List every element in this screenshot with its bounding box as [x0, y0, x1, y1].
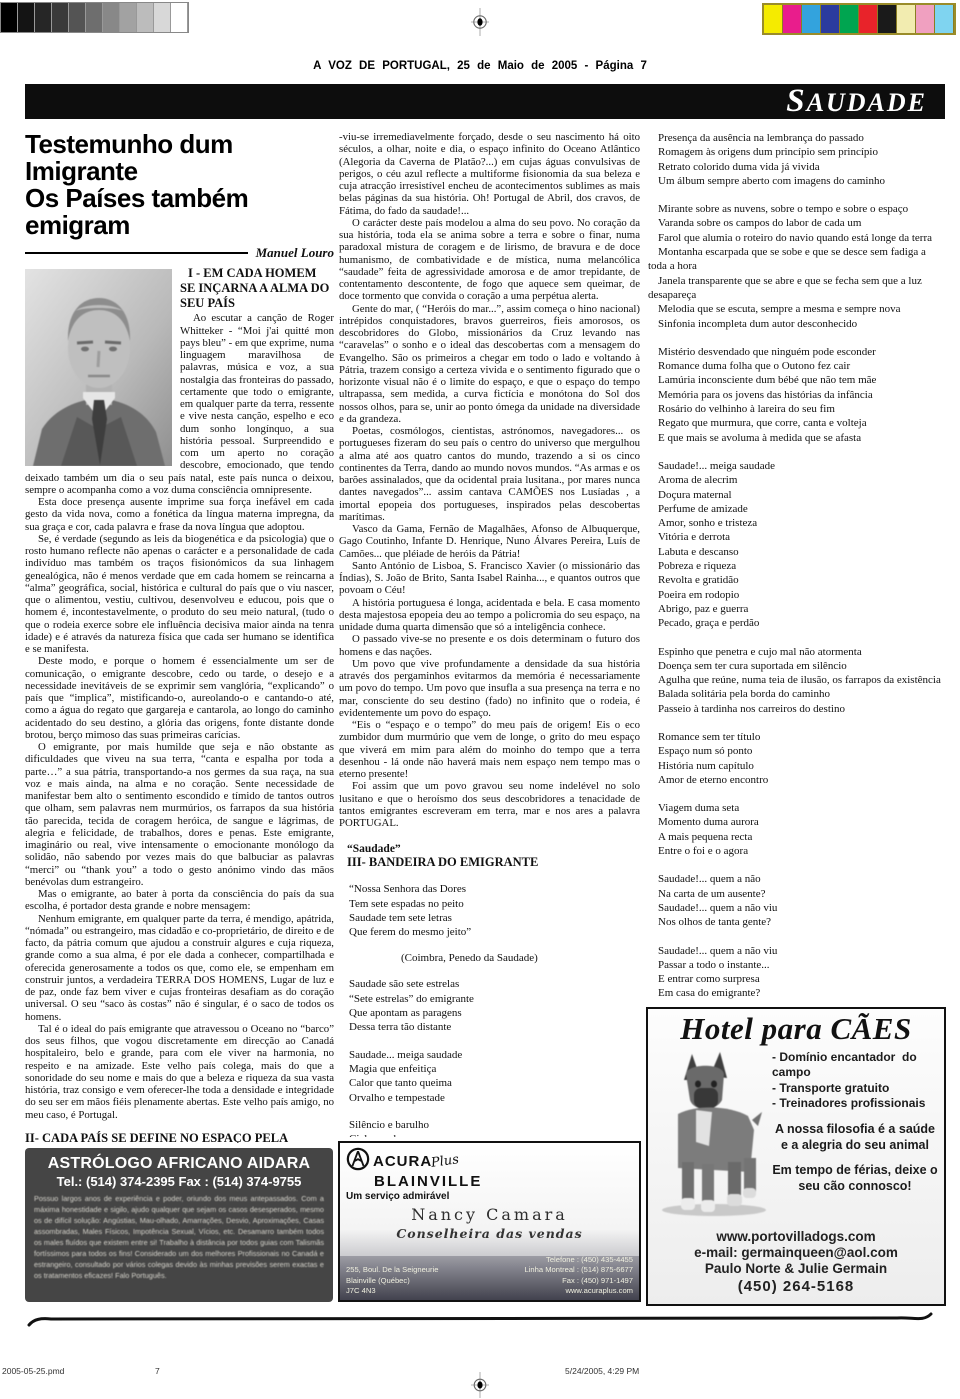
poem-quatrain: Saudade são sete estrelas“Sete estrelas”… — [339, 977, 640, 1034]
dog-hotel-ad-title: Hotel para CÃES — [654, 1013, 938, 1046]
astrologer-ad-phone: Tel.: (514) 374-2395 Fax : (514) 374-975… — [34, 1174, 324, 1189]
dog-hotel-website: www.portovilladogs.com — [654, 1229, 938, 1245]
article-paragraph: Deste modo, e porque o homem é essencial… — [25, 655, 334, 741]
dog-hotel-contact-block: www.portovilladogs.com e-mail: germainqu… — [654, 1229, 938, 1297]
calibration-square — [916, 5, 935, 33]
calibration-square — [171, 3, 188, 32]
calibration-square — [764, 5, 783, 33]
address-line: 255, Boul. De la Seigneurie — [346, 1265, 438, 1275]
calibration-square — [86, 3, 103, 32]
footer-page-number: 7 — [155, 1366, 160, 1376]
saudade-label: “Saudade” — [339, 843, 640, 855]
calibration-square — [18, 3, 35, 32]
article-paragraph: Mas o emigrante, ao bater à porta da con… — [25, 888, 334, 913]
poem-line: Presença da ausência na lembrança do pas… — [648, 131, 946, 145]
poem-line: Saudade!... meiga saudade — [648, 459, 946, 473]
poem-line: Em casa do emigrante? — [648, 986, 946, 1000]
calibration-square — [878, 5, 897, 33]
page-header: A VOZ DE PORTUGAL, 25 de Maio de 2005 - … — [0, 60, 960, 72]
acura-logo-icon — [346, 1147, 370, 1176]
registration-mark-icon — [471, 8, 489, 41]
poem-line: Espinho que penetra e cujo mal não atorm… — [648, 645, 946, 659]
salesperson-role: Conselheira das vendas — [340, 1226, 639, 1241]
poem-line: Doçura maternal — [648, 488, 946, 502]
poem-line: Romance duma folha que o Outono fez cair — [648, 359, 946, 373]
article-title-line2: Os Países também emigram — [25, 185, 334, 239]
poem-line: Retrato colorido duma vida já vivida — [648, 160, 946, 174]
poem-attribution: (Coimbra, Penedo da Saudade) — [339, 952, 640, 964]
poem-line: Espaço num só ponto — [648, 744, 946, 758]
poem-line: Orvalho e tempestade — [339, 1091, 640, 1105]
poem-line: Entre o foi e o agora — [648, 844, 946, 858]
poem-line: Memória para os jovens das histórias da … — [648, 388, 946, 402]
dog-hotel-email: e-mail: germainqueen@aol.com — [654, 1245, 938, 1261]
address-line: Blainville (Québec) — [346, 1276, 438, 1286]
poem-line: Momento duma aurora — [648, 815, 946, 829]
poem-line: Dessa terra tão distante — [339, 1020, 640, 1034]
poem-stanza: Saudade!... quem a nãoNa carta de um aus… — [648, 872, 946, 929]
poem-line: Saudade são sete estrelas — [339, 977, 640, 991]
poem-line: Saudade tem sete letras — [339, 911, 640, 925]
poem-quatrain: Saudade... meiga saudadeMagia que enfeit… — [339, 1048, 640, 1105]
salesperson-name: Nancy Camara — [340, 1205, 639, 1224]
calibration-square — [840, 5, 859, 33]
acura-phone-numbers: Telefone : (450) 435-4455Linha Montreal … — [525, 1255, 634, 1296]
poem-line: Um álbum sempre aberto com imagens do ca… — [648, 174, 946, 188]
contact-line: Fax : (450) 971-1497 — [525, 1276, 634, 1286]
poem-line: Labuta e descanso — [648, 545, 946, 559]
poem-line: Romance sem ter título — [648, 730, 946, 744]
dog-hotel-phone: (450) 264-5168 — [654, 1278, 938, 1296]
calibration-square — [859, 5, 878, 33]
poem-line: Balada solitária pela borda do caminho — [648, 687, 946, 701]
poem-line: Mistério desvendado que ninguém pode esc… — [648, 345, 946, 359]
poem-line: Passeio à tardinha nos carreiros do dest… — [648, 702, 946, 716]
poem-line: Montanha escarpada que se sobe e que se … — [648, 245, 946, 274]
poem-line: Abrigo, paz e guerra — [648, 602, 946, 616]
dog-hotel-philosophy: A nossa filosofia é a saúde e a alegria … — [772, 1122, 938, 1153]
poem-line: Agulha que reúne, numa teia de ilusão, o… — [648, 673, 946, 687]
poem-line: Mirante sobre as nuvens, sobre o tempo e… — [648, 202, 946, 216]
poem-stanza: Romance sem ter títuloEspaço num só pont… — [648, 730, 946, 787]
poem-line: Revolta e gratidão — [648, 573, 946, 587]
poem-stanza: Mirante sobre as nuvens, sobre o tempo e… — [648, 202, 946, 331]
poem-line: E que mais se avoluma à medida que se af… — [648, 431, 946, 445]
poem-line: Doença sem ter cura suportada em silênci… — [648, 659, 946, 673]
poem-line: Na carta de um ausente? — [648, 887, 946, 901]
contact-line: Telefone : (450) 435-4455 — [525, 1255, 634, 1265]
article-paragraph: Nenhum emigrante, em qualquer parte da t… — [25, 913, 334, 1023]
poem-line: Varanda sobre os campos do labor de cada… — [648, 216, 946, 230]
article-title-line1: Testemunho dum Imigrante — [25, 131, 334, 185]
poem-line: Nos olhos de tanta gente? — [648, 915, 946, 929]
calibration-square — [103, 3, 120, 32]
acura-contact-bar: 255, Boul. De la SeigneurieBlainville (Q… — [340, 1256, 639, 1300]
boxer-dog-photo — [654, 1050, 772, 1223]
poem-line: Que ferem do mesmo jeito” — [339, 925, 640, 939]
article-paragraph: Um povo que vive profundamente a densida… — [339, 658, 640, 719]
poem-line: Silêncio e barulho — [339, 1118, 640, 1132]
poem-line: Amor, sonho e tristeza — [648, 516, 946, 530]
section3-heading: III- BANDEIRA DO EMIGRANTE — [339, 855, 640, 870]
calibration-square — [897, 5, 916, 33]
article-paragraph: Foi assim que um povo gravou seu nome in… — [339, 780, 640, 829]
dog-hotel-owners: Paulo Norte & Julie Germain — [654, 1261, 938, 1277]
poem-line: “Sete estrelas” do emigrante — [339, 992, 640, 1006]
poem-line: Pobreza e riqueza — [648, 559, 946, 573]
astrologer-ad-title: ASTRÓLOGO AFRICANO AIDARA — [34, 1155, 324, 1173]
acura-plus-script: Plus — [430, 1152, 460, 1171]
dog-hotel-ad-text: - Domínio encantador do campo- Transport… — [772, 1050, 938, 1223]
article-paragraph: Gente do mar, ( “Heróis do mar...”, assi… — [339, 303, 640, 426]
poem-line: Poeira em rodopio — [648, 588, 946, 602]
left-column: Testemunho dum Imigrante Os Países també… — [25, 131, 334, 1143]
calibration-square — [783, 5, 802, 33]
poem-line: Ciclone e bonança — [339, 1132, 640, 1137]
bullet-item: - Domínio encantador do campo — [772, 1050, 938, 1081]
poem-stanza: Presença da ausência na lembrança do pas… — [648, 131, 946, 188]
calibration-square — [1, 3, 18, 32]
poem-line: Passar a todo o instante... — [648, 958, 946, 972]
contact-line: Linha Montreal : (514) 875-6677 — [525, 1265, 634, 1275]
poem-line: Perfume de amizade — [648, 502, 946, 516]
poem-line: Sinfonia incompleta dum autor desconheci… — [648, 317, 946, 331]
poem-line: Saudade... meiga saudade — [339, 1048, 640, 1062]
poem-quatrain: Silêncio e barulhoCiclone e bonançaCegue… — [339, 1118, 640, 1137]
poem-line: E entrar como surpresa — [648, 972, 946, 986]
byline-row: Manuel Louro — [25, 245, 334, 261]
article-paragraph: O passado vive-se no presente e os dois … — [339, 633, 640, 658]
article-paragraph: O emigrante, por mais humilde que seja e… — [25, 741, 334, 888]
decorative-rule — [25, 1312, 935, 1335]
calibration-square — [120, 3, 137, 32]
middle-paragraphs: -viu-se irremediavelmente forçado, desde… — [339, 131, 640, 829]
acura-address: 255, Boul. De la SeigneurieBlainville (Q… — [346, 1265, 438, 1296]
poem-line: Rosário do velhinho à lareira do seu fim — [648, 402, 946, 416]
poem-line: Farol que alumia o roteiro do navio quan… — [648, 231, 946, 245]
poem-line: Regato que murmura, que corre, canta e v… — [648, 416, 946, 430]
article-paragraph: O carácter deste país modelou a alma do … — [339, 217, 640, 303]
poem-stanza: Viagem duma setaMomento duma auroraA mai… — [648, 801, 946, 858]
astrologer-ad: ASTRÓLOGO AFRICANO AIDARA Tel.: (514) 37… — [25, 1148, 333, 1302]
article-paragraph: Poetas, cosmólogos, cientistas, astrónom… — [339, 425, 640, 523]
footer-timestamp: 5/24/2005, 4:29 PM — [565, 1366, 639, 1376]
article-paragraph: Santo António de Lisboa, S. Francisco Xa… — [339, 560, 640, 597]
poem-line: Saudade!... quem a não viu — [648, 901, 946, 915]
poem-stanza: Espinho que penetra e cujo mal não atorm… — [648, 645, 946, 716]
article-paragraph: Vasco da Gama, Fernão de Magalhães, Afon… — [339, 523, 640, 560]
article-paragraph: Esta doce presença ausente imprime sua f… — [25, 496, 334, 533]
poem-line: A mais pequena recta — [648, 830, 946, 844]
calibration-square — [821, 5, 840, 33]
calibration-square — [35, 3, 52, 32]
color-calibration-strip — [762, 3, 956, 35]
poem-line: Calor que tanto queima — [339, 1076, 640, 1090]
dog-hotel-bullets: - Domínio encantador do campo- Transport… — [772, 1050, 938, 1112]
footer-filename: 2005-05-25.pmd — [2, 1366, 64, 1376]
poem-stanza: Saudade!... meiga saudadeAroma de alecri… — [648, 459, 946, 631]
right-poem-column: Presença da ausência na lembrança do pas… — [648, 131, 946, 1003]
acura-salesperson-block: Nancy Camara Conselheira das vendas — [340, 1205, 639, 1241]
poem-line: Melodia que se escuta, sempre a mesma e … — [648, 302, 946, 316]
acura-dealer-name: BLAINVILLE — [374, 1174, 482, 1189]
article-paragraph: A história portuguesa é longa, acidentad… — [339, 597, 640, 634]
byline-author: Manuel Louro — [256, 245, 334, 261]
author-portrait-photo — [25, 269, 172, 466]
poem-line: Viagem duma seta — [648, 801, 946, 815]
poem-line: Romagem às origens dum princípio sem pri… — [648, 145, 946, 159]
calibration-square — [802, 5, 821, 33]
dog-hotel-ad: Hotel para CÃES — [646, 1007, 946, 1306]
calibration-square — [69, 3, 86, 32]
acura-brand-text: ACURA — [373, 1154, 432, 1169]
poem-line: Amor de eterno encontro — [648, 773, 946, 787]
poem-line: Janela transparente que se abre e que se… — [648, 274, 946, 303]
poem-line: História num capítulo — [648, 759, 946, 773]
poem-line: Lamúria inconsciente dum bébé que não te… — [648, 373, 946, 387]
poem-line: Aroma de alecrim — [648, 473, 946, 487]
dog-hotel-vacation-note: Em tempo de férias, deixe o seu cão conn… — [772, 1163, 938, 1194]
section-banner-title: Saudade — [25, 84, 945, 120]
address-line: J7C 4N3 — [346, 1286, 438, 1296]
article-paragraph: -viu-se irremediavelmente forçado, desde… — [339, 131, 640, 217]
article-paragraph: “Eis o “espaço e o tempo” do meu país de… — [339, 719, 640, 780]
section-banner: Saudade — [25, 84, 945, 119]
acura-dealership-ad: ACURA Plus BLAINVILLE Um serviço admiráv… — [338, 1141, 641, 1302]
poem-stanza: Mistério desvendado que ninguém pode esc… — [648, 345, 946, 445]
calibration-square — [52, 3, 69, 32]
grayscale-calibration-strip — [0, 2, 189, 33]
registration-mark-icon — [471, 1372, 489, 1399]
section2-heading: II- CADA PAÍS SE DEFINE NO ESPAÇO PELA H… — [25, 1131, 334, 1143]
poem-stanza: Saudade!... quem a não viuPassar a todo … — [648, 944, 946, 1001]
poem-quatrain: “Nossa Senhora das DoresTem sete espadas… — [339, 882, 640, 939]
poem-line: “Nossa Senhora das Dores — [339, 882, 640, 896]
article-body: I - EM CADA HOMEM SE INÇARNA A ALMA DO S… — [25, 266, 334, 1143]
poem-line: Pecado, graça e perdão — [648, 616, 946, 630]
calibration-square — [154, 3, 171, 32]
poem-line: Vitória e derrota — [648, 530, 946, 544]
poem-line: Tem sete espadas no peito — [339, 897, 640, 911]
bullet-item: - Treinadores profissionais — [772, 1096, 938, 1112]
calibration-square — [935, 5, 954, 33]
middle-column: -viu-se irremediavelmente forçado, desde… — [339, 131, 640, 1137]
poem-line: Saudade!... quem a não viu — [648, 944, 946, 958]
poem-line: Magia que enfeitiça — [339, 1062, 640, 1076]
bullet-item: - Transporte gratuito — [772, 1081, 938, 1097]
acura-tagline: Um serviço admirável — [346, 1191, 482, 1202]
astrologer-ad-body: Possuo largos anos de experiência e pode… — [34, 1194, 324, 1282]
contact-line: www.acuraplus.com — [525, 1286, 634, 1296]
article-paragraph: Se, é verdade (segundo as leis da biogen… — [25, 533, 334, 656]
newspaper-page: A VOZ DE PORTUGAL, 25 de Maio de 2005 - … — [0, 0, 960, 1399]
calibration-square — [137, 3, 154, 32]
acura-ad-header: ACURA Plus BLAINVILLE Um serviço admiráv… — [346, 1147, 482, 1202]
article-paragraph: Tal é o ideal do país emigrante que atra… — [25, 1023, 334, 1121]
poem-line: Que apontam as paragens — [339, 1006, 640, 1020]
poem-line: Saudade!... quem a não — [648, 872, 946, 886]
byline-rule — [25, 252, 248, 254]
